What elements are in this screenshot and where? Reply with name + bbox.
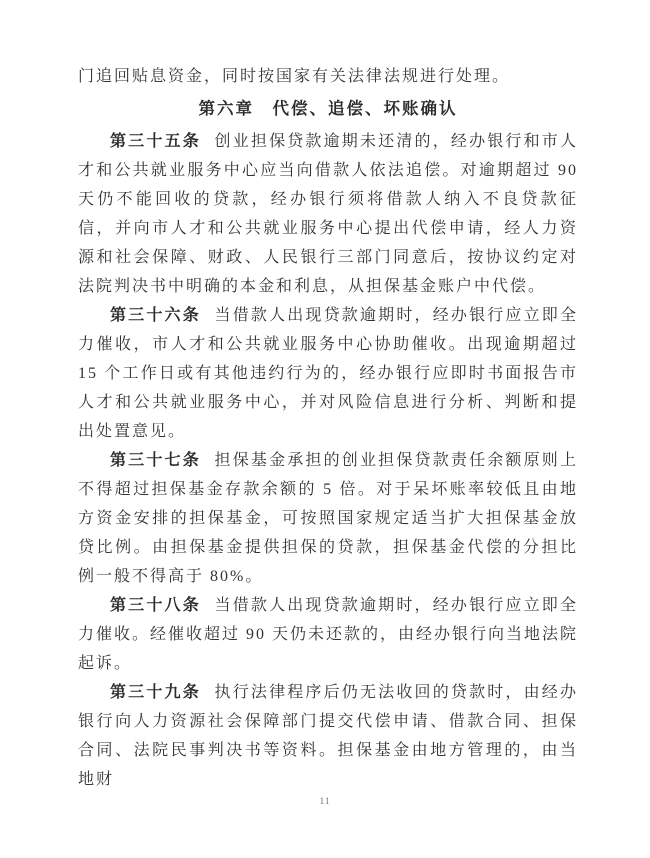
article-paragraph-38: 第三十八条当借款人出现贷款逾期时，经办银行应立即全力催收。经催收超过 90 天仍… — [78, 591, 578, 678]
article-paragraph-35: 第三十五条创业担保贷款逾期未还清的，经办银行和市人才和公共就业服务中心应当向借款… — [78, 127, 578, 301]
article-number: 第三十七条 — [110, 452, 201, 469]
document-page: 门追回贴息资金，同时按国家有关法律法规进行处理。 第六章 代偿、追偿、坏账确认 … — [0, 0, 650, 858]
page-number: 11 — [0, 797, 650, 806]
article-number: 第三十九条 — [110, 684, 201, 701]
continuation-paragraph: 门追回贴息资金，同时按国家有关法律法规进行处理。 — [78, 62, 578, 91]
article-text: 创业担保贷款逾期未还清的，经办银行和市人才和公共就业服务中心应当向借款人依法追偿… — [78, 133, 578, 295]
article-number: 第三十五条 — [110, 133, 201, 150]
article-text: 担保基金承担的创业担保贷款责任余额原则上不得超过担保基金存款余额的 5 倍。对于… — [78, 452, 578, 585]
article-paragraph-39: 第三十九条执行法律程序后仍无法收回的贷款时，由经办银行向人力资源社会保障部门提交… — [78, 678, 578, 794]
article-paragraph-37: 第三十七条担保基金承担的创业担保贷款责任余额原则上不得超过担保基金存款余额的 5… — [78, 446, 578, 591]
article-number: 第三十八条 — [110, 597, 201, 614]
article-number: 第三十六条 — [110, 307, 201, 324]
chapter-heading: 第六章 代偿、追偿、坏账确认 — [78, 94, 578, 124]
article-text: 当借款人出现贷款逾期时，经办银行应立即全力催收，市人才和公共就业服务中心协助催收… — [78, 307, 578, 440]
article-paragraph-36: 第三十六条当借款人出现贷款逾期时，经办银行应立即全力催收，市人才和公共就业服务中… — [78, 301, 578, 446]
